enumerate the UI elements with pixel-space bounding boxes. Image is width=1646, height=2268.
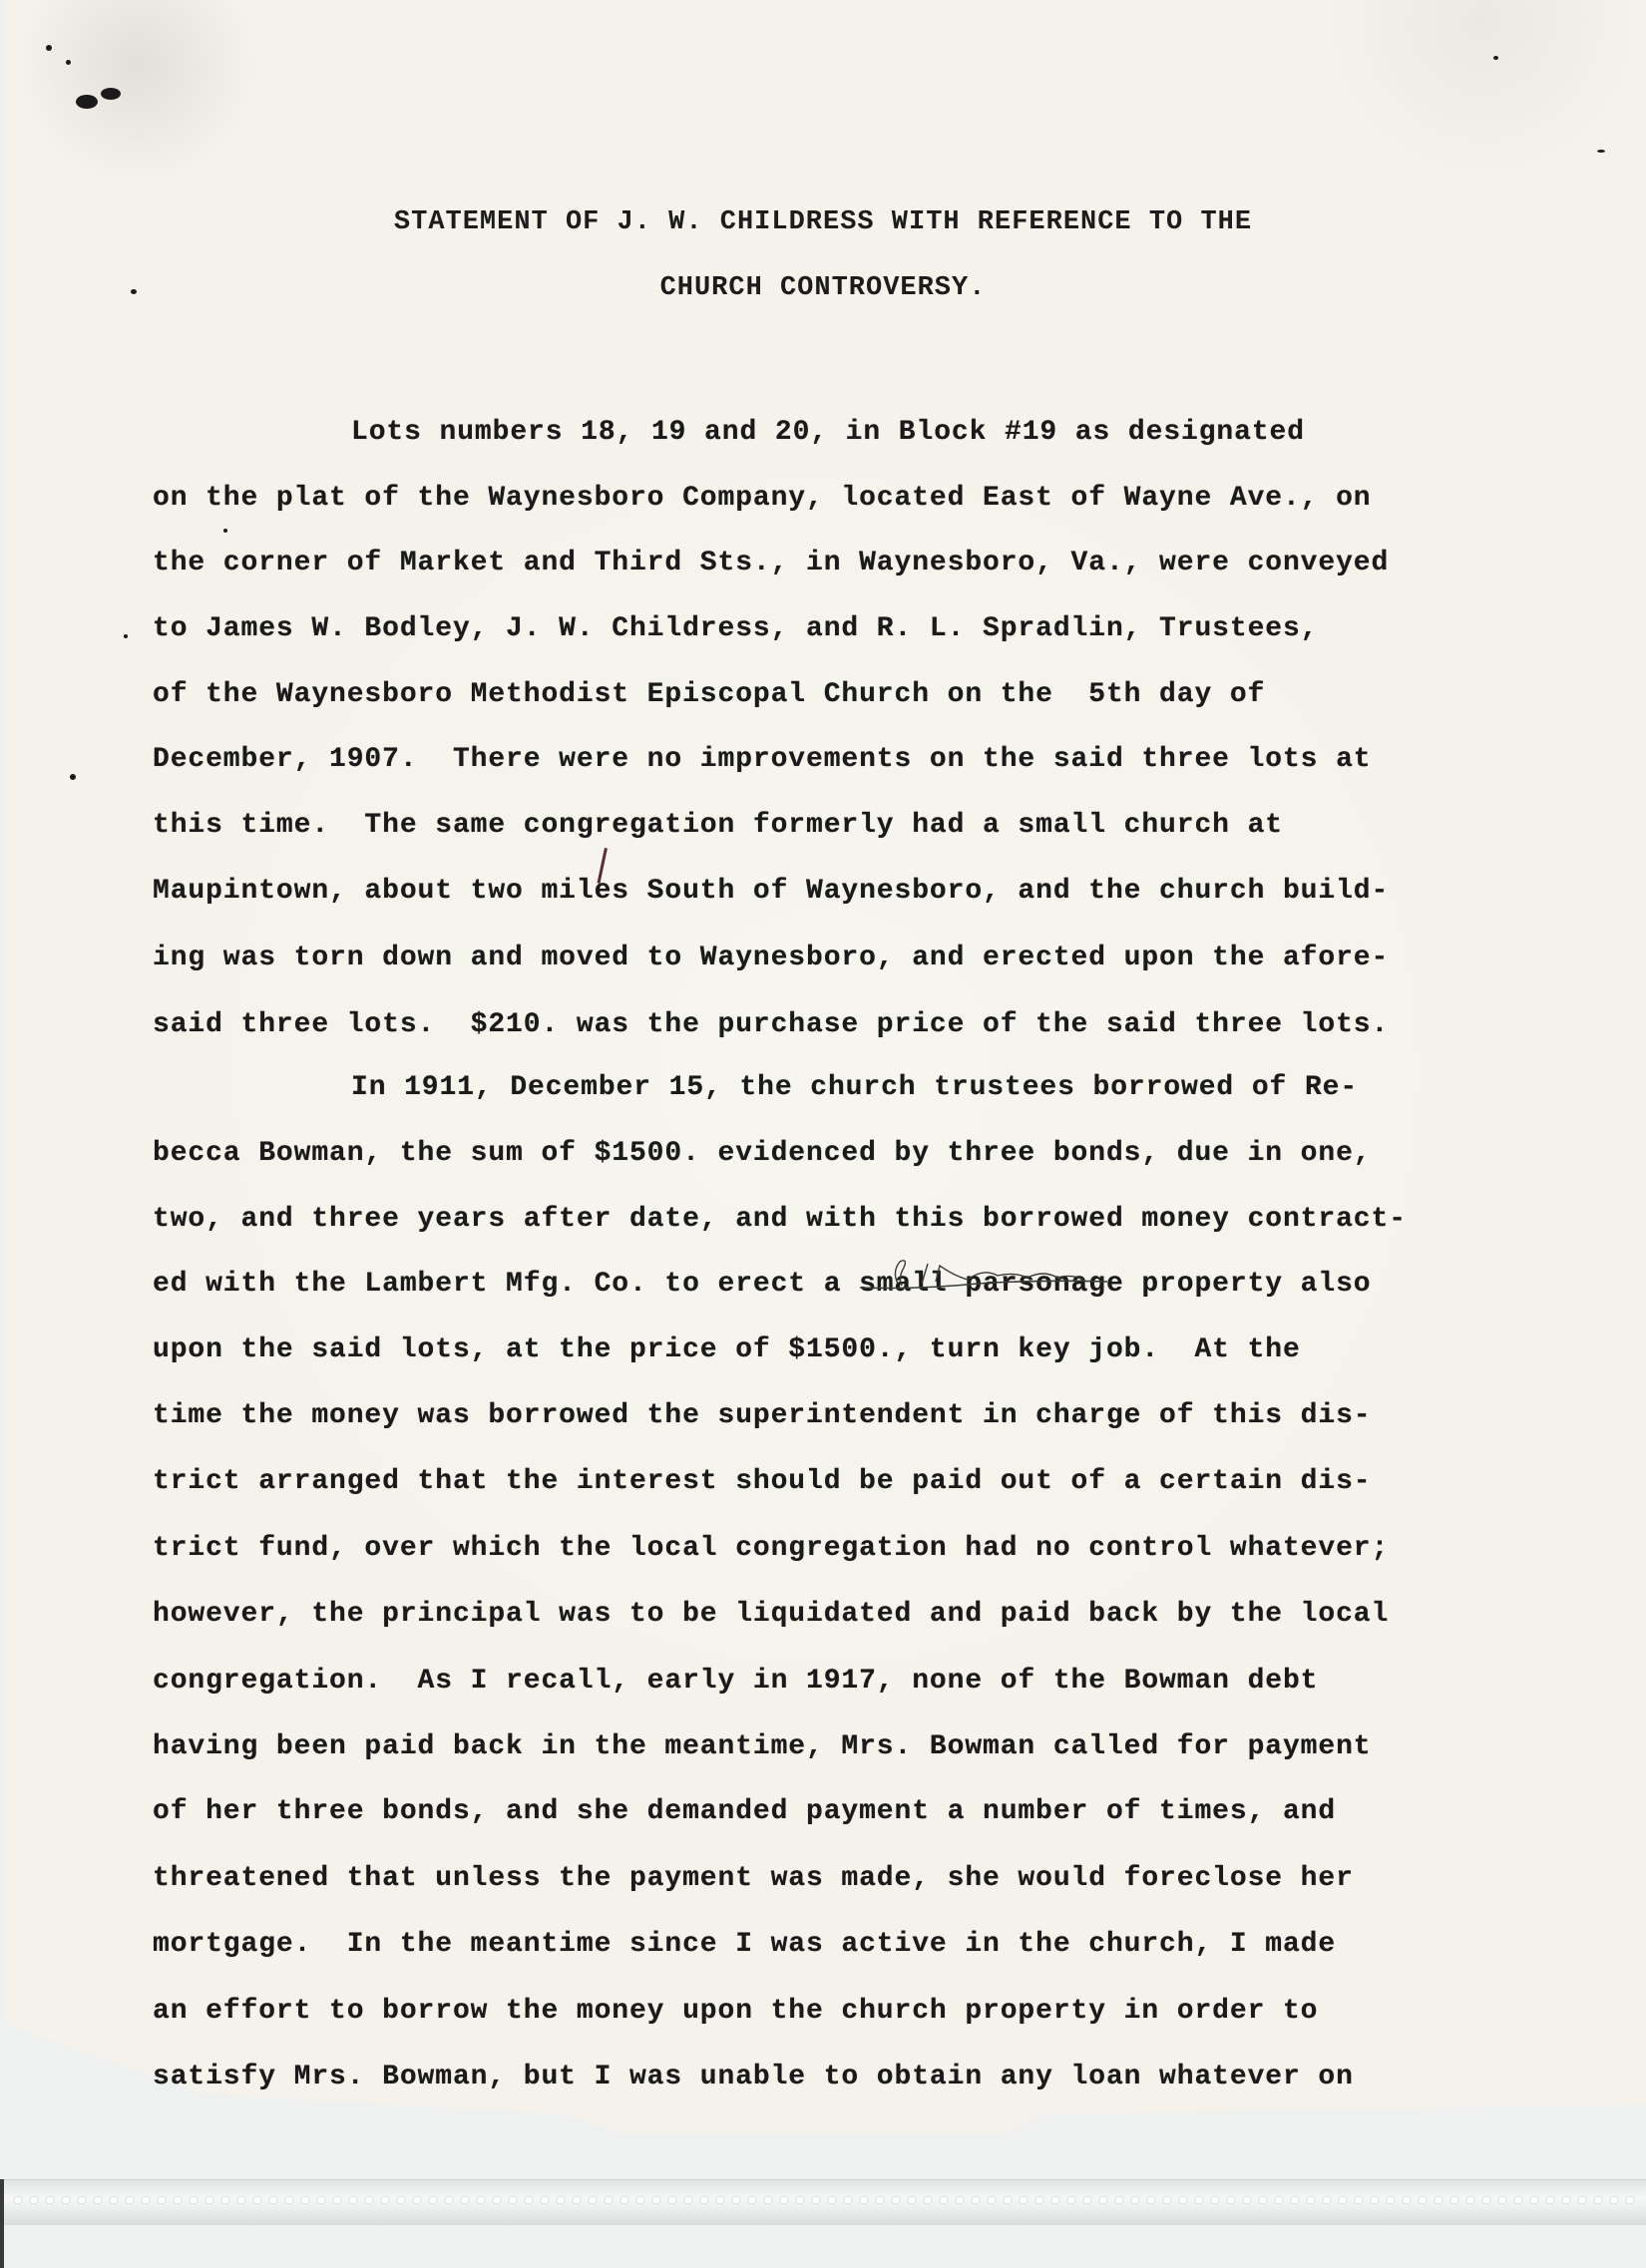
body-line: trict arranged that the interest should … [153,1466,1372,1497]
body-line: ed with the Lambert Mfg. Co. to erect a … [153,1269,1372,1300]
ink-speckle [46,45,52,51]
ink-speckle [66,60,71,65]
handwriting-scribble-icon [858,1254,1117,1294]
document-title-line-1: STATEMENT OF J. W. CHILDRESS WITH REFERE… [0,207,1646,237]
body-line: this time. The same congregation formerl… [153,810,1283,841]
body-line: December, 1907. There were no improvemen… [153,744,1372,775]
body-line: the corner of Market and Third Sts., in … [153,548,1389,578]
body-line: two, and three years after date, and wit… [153,1204,1407,1235]
scanner-edge [0,2179,4,2268]
body-line: upon the said lots, at the price of $150… [153,1334,1301,1365]
body-line: however, the principal was to be liquida… [153,1599,1389,1630]
ink-speckle [1493,56,1498,60]
body-line: Lots numbers 18, 19 and 20, in Block #19… [351,417,1305,448]
sleeve-perforations [10,2194,1636,2206]
body-line: having been paid back in the meantime, M… [153,1731,1372,1762]
body-line: an effort to borrow the money upon the c… [153,1996,1318,2027]
document-title-line-2: CHURCH CONTROVERSY. [0,273,1646,303]
body-line: Maupintown, about two miles South of Way… [153,876,1389,907]
ink-speckle [101,88,121,100]
body-line: congregation. As I recall, early in 1917… [153,1666,1318,1697]
handwritten-annotation [858,1254,1107,1290]
body-line: said three lots. $210. was the purchase … [153,1009,1389,1040]
ink-speckle [76,95,98,109]
ink-speckle [223,529,227,533]
scanner-background [0,2225,1646,2268]
body-line: ing was torn down and moved to Waynesbor… [153,943,1389,973]
body-line: becca Bowman, the sum of $1500. evidence… [153,1138,1372,1169]
body-line: trict fund, over which the local congreg… [153,1533,1389,1564]
body-line: of the Waynesboro Methodist Episcopal Ch… [153,679,1265,710]
body-line: In 1911, December 15, the church trustee… [351,1072,1358,1103]
ink-speckle [124,634,128,638]
body-line: time the money was borrowed the superint… [153,1400,1372,1431]
ink-speckle [70,774,76,780]
body-line: mortgage. In the meantime since I was ac… [153,1929,1336,1960]
body-line: of her three bonds, and she demanded pay… [153,1796,1336,1827]
body-line: satisfy Mrs. Bowman, but I was unable to… [153,2062,1354,2092]
body-line: on the plat of the Waynesboro Company, l… [153,483,1372,514]
protective-sleeve-edge [0,2179,1646,2226]
ink-speckle [1597,150,1605,153]
body-line: to James W. Bodley, J. W. Childress, and… [153,613,1318,644]
body-line: threatened that unless the payment was m… [153,1863,1354,1894]
